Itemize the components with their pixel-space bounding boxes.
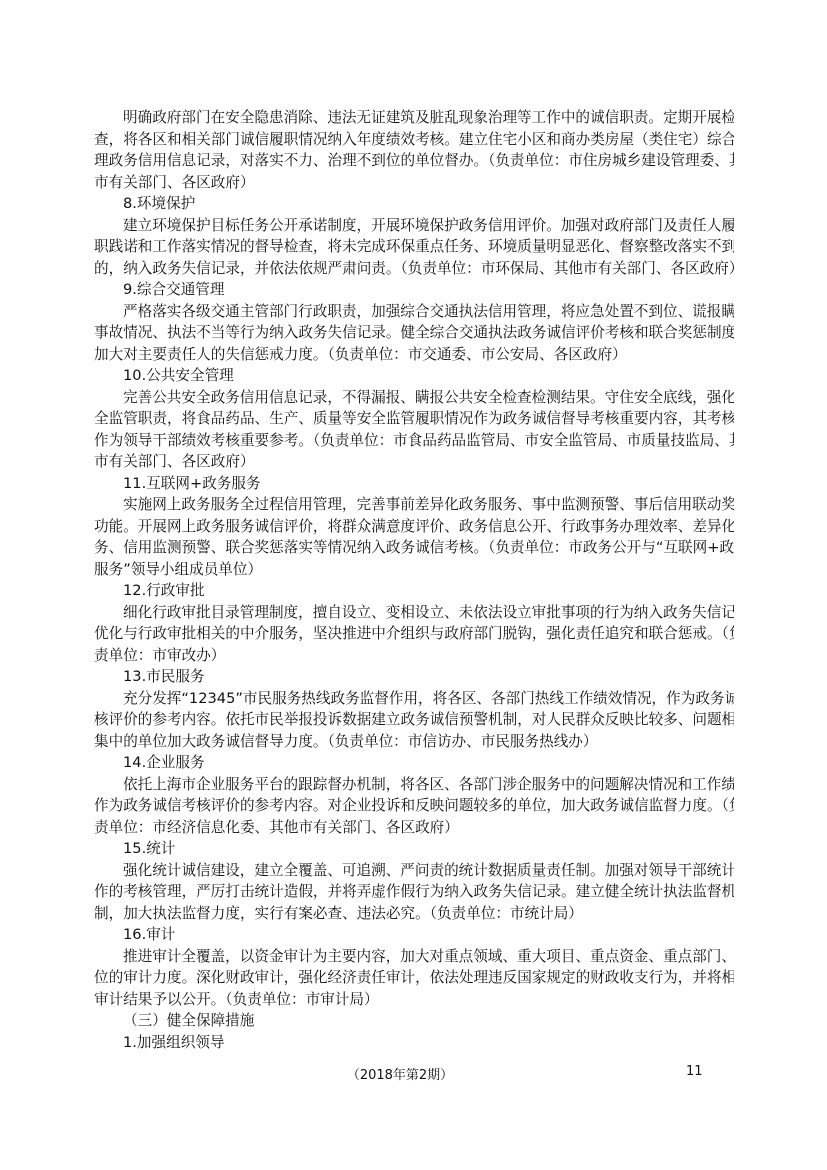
paragraph-line: 集中的单位加大政务诚信督导力度。（负责单位：市信访办、市民服务热线办） [94,731,734,753]
subsection-heading: 12.行政审批 [94,580,734,602]
page-number: 11 [686,1064,703,1079]
paragraph-line: 依托上海市企业服务平台的跟踪督办机制，将各区、各部门涉企服务中的问题解决情况和工… [94,774,734,796]
paragraph-line: 服务”领导小组成员单位） [94,559,734,581]
document-page: 明确政府部门在安全隐患消除、违法无证建筑及脏乱现象治理等工作中的诚信职责。定期开… [0,0,827,1170]
paragraph-line: 查，将各区和相关部门诚信履职情况纳入年度绩效考核。建立住宅小区和商办类房屋（类住… [94,129,734,151]
paragraph-line: 加大对主要责任人的失信惩戒力度。（负责单位：市交通委、市公安局、各区政府） [94,344,734,366]
paragraph-line: 作为政务诚信考核评价的参考内容。对企业投诉和反映问题较多的单位，加大政务诚信监督… [94,795,734,817]
subsection-heading: 15.统计 [94,838,734,860]
paragraph-line: 实施网上政务服务全过程信用管理，完善事前差异化政务服务、事中监测预警、事后信用联… [94,494,734,516]
paragraph-line: 的，纳入政务失信记录，并依法依规严肃问责。（负责单位：市环保局、其他市有关部门、… [94,258,734,280]
subsection-heading: 16.审计 [94,924,734,946]
paragraph-line: 推进审计全覆盖，以资金审计为主要内容，加大对重点领域、重大项目、重点资金、重点部… [94,946,734,968]
paragraph-line: 制，加大执法监督力度，实行有案必查、违法必究。（负责单位：市统计局） [94,903,734,925]
document-body: 明确政府部门在安全隐患消除、违法无证建筑及脏乱现象治理等工作中的诚信职责。定期开… [94,107,734,1053]
paragraph-line: 完善公共安全政务信用信息记录，不得漏报、瞒报公共安全检查检测结果。守住安全底线，… [94,387,734,409]
paragraph-line: 明确政府部门在安全隐患消除、违法无证建筑及脏乱现象治理等工作中的诚信职责。定期开… [94,107,734,129]
paragraph-line: 全监管职责，将食品药品、生产、质量等安全监管履职情况作为政务诚信督导考核重要内容… [94,408,734,430]
subsection-heading: 9.综合交通管理 [94,279,734,301]
paragraph-line: 职践诺和工作落实情况的督导检查，将未完成环保重点任务、环境质量明显恶化、督察整改… [94,236,734,258]
paragraph-line: 充分发挥“12345”市民服务热线政务监督作用，将各区、各部门热线工作绩效情况，… [94,688,734,710]
footer-issue-label: （2018年第2期） [0,1064,800,1083]
paragraph-line: 功能。开展网上政务服务诚信评价，将群众满意度评价、政务信息公开、行政事务办理效率… [94,516,734,538]
paragraph-line: 市有关部门、各区政府） [94,172,734,194]
subsection-heading: 10.公共安全管理 [94,365,734,387]
section-heading: （三）健全保障措施 [94,1010,734,1032]
paragraph-line: 责单位：市审改办） [94,645,734,667]
paragraph-line: 作的考核管理，严厉打击统计造假，并将弄虚作假行为纳入政务失信记录。建立健全统计执… [94,881,734,903]
paragraph-line: 责单位：市经济信息化委、其他市有关部门、各区政府） [94,817,734,839]
subsection-heading: 8.环境保护 [94,193,734,215]
subsection-heading: 1.加强组织领导 [94,1032,734,1054]
paragraph-line: 位的审计力度。深化财政审计，强化经济责任审计，依法处理违反国家规定的财政收支行为… [94,967,734,989]
paragraph-line: 核评价的参考内容。依托市民举报投诉数据建立政务诚信预警机制，对人民群众反映比较多… [94,709,734,731]
subsection-heading: 14.企业服务 [94,752,734,774]
paragraph-line: 强化统计诚信建设，建立全覆盖、可追溯、严问责的统计数据质量责任制。加强对领导干部… [94,860,734,882]
subsection-heading: 11.互联网+政务服务 [94,473,734,495]
paragraph-line: 严格落实各级交通主管部门行政职责，加强综合交通执法信用管理，将应急处置不到位、谎… [94,301,734,323]
paragraph-line: 细化行政审批目录管理制度，擅自设立、变相设立、未依法设立审批事项的行为纳入政务失… [94,602,734,624]
paragraph-line: 建立环境保护目标任务公开承诺制度，开展环境保护政务信用评价。加强对政府部门及责任… [94,215,734,237]
subsection-heading: 13.市民服务 [94,666,734,688]
paragraph-line: 理政务信用信息记录，对落实不力、治理不到位的单位督办。（负责单位：市住房城乡建设… [94,150,734,172]
paragraph-line: 优化与行政审批相关的中介服务，坚决推进中介组织与政府部门脱钩，强化责任追究和联合… [94,623,734,645]
paragraph-line: 审计结果予以公开。（负责单位：市审计局） [94,989,734,1011]
paragraph-line: 作为领导干部绩效考核重要参考。（负责单位：市食品药品监管局、市安全监管局、市质量… [94,430,734,452]
paragraph-line: 务、信用监测预警、联合奖惩落实等情况纳入政务诚信考核。（负责单位：市政务公开与“… [94,537,734,559]
paragraph-line: 事故情况、执法不当等行为纳入政务失信记录。健全综合交通执法政务诚信评价考核和联合… [94,322,734,344]
paragraph-line: 市有关部门、各区政府） [94,451,734,473]
